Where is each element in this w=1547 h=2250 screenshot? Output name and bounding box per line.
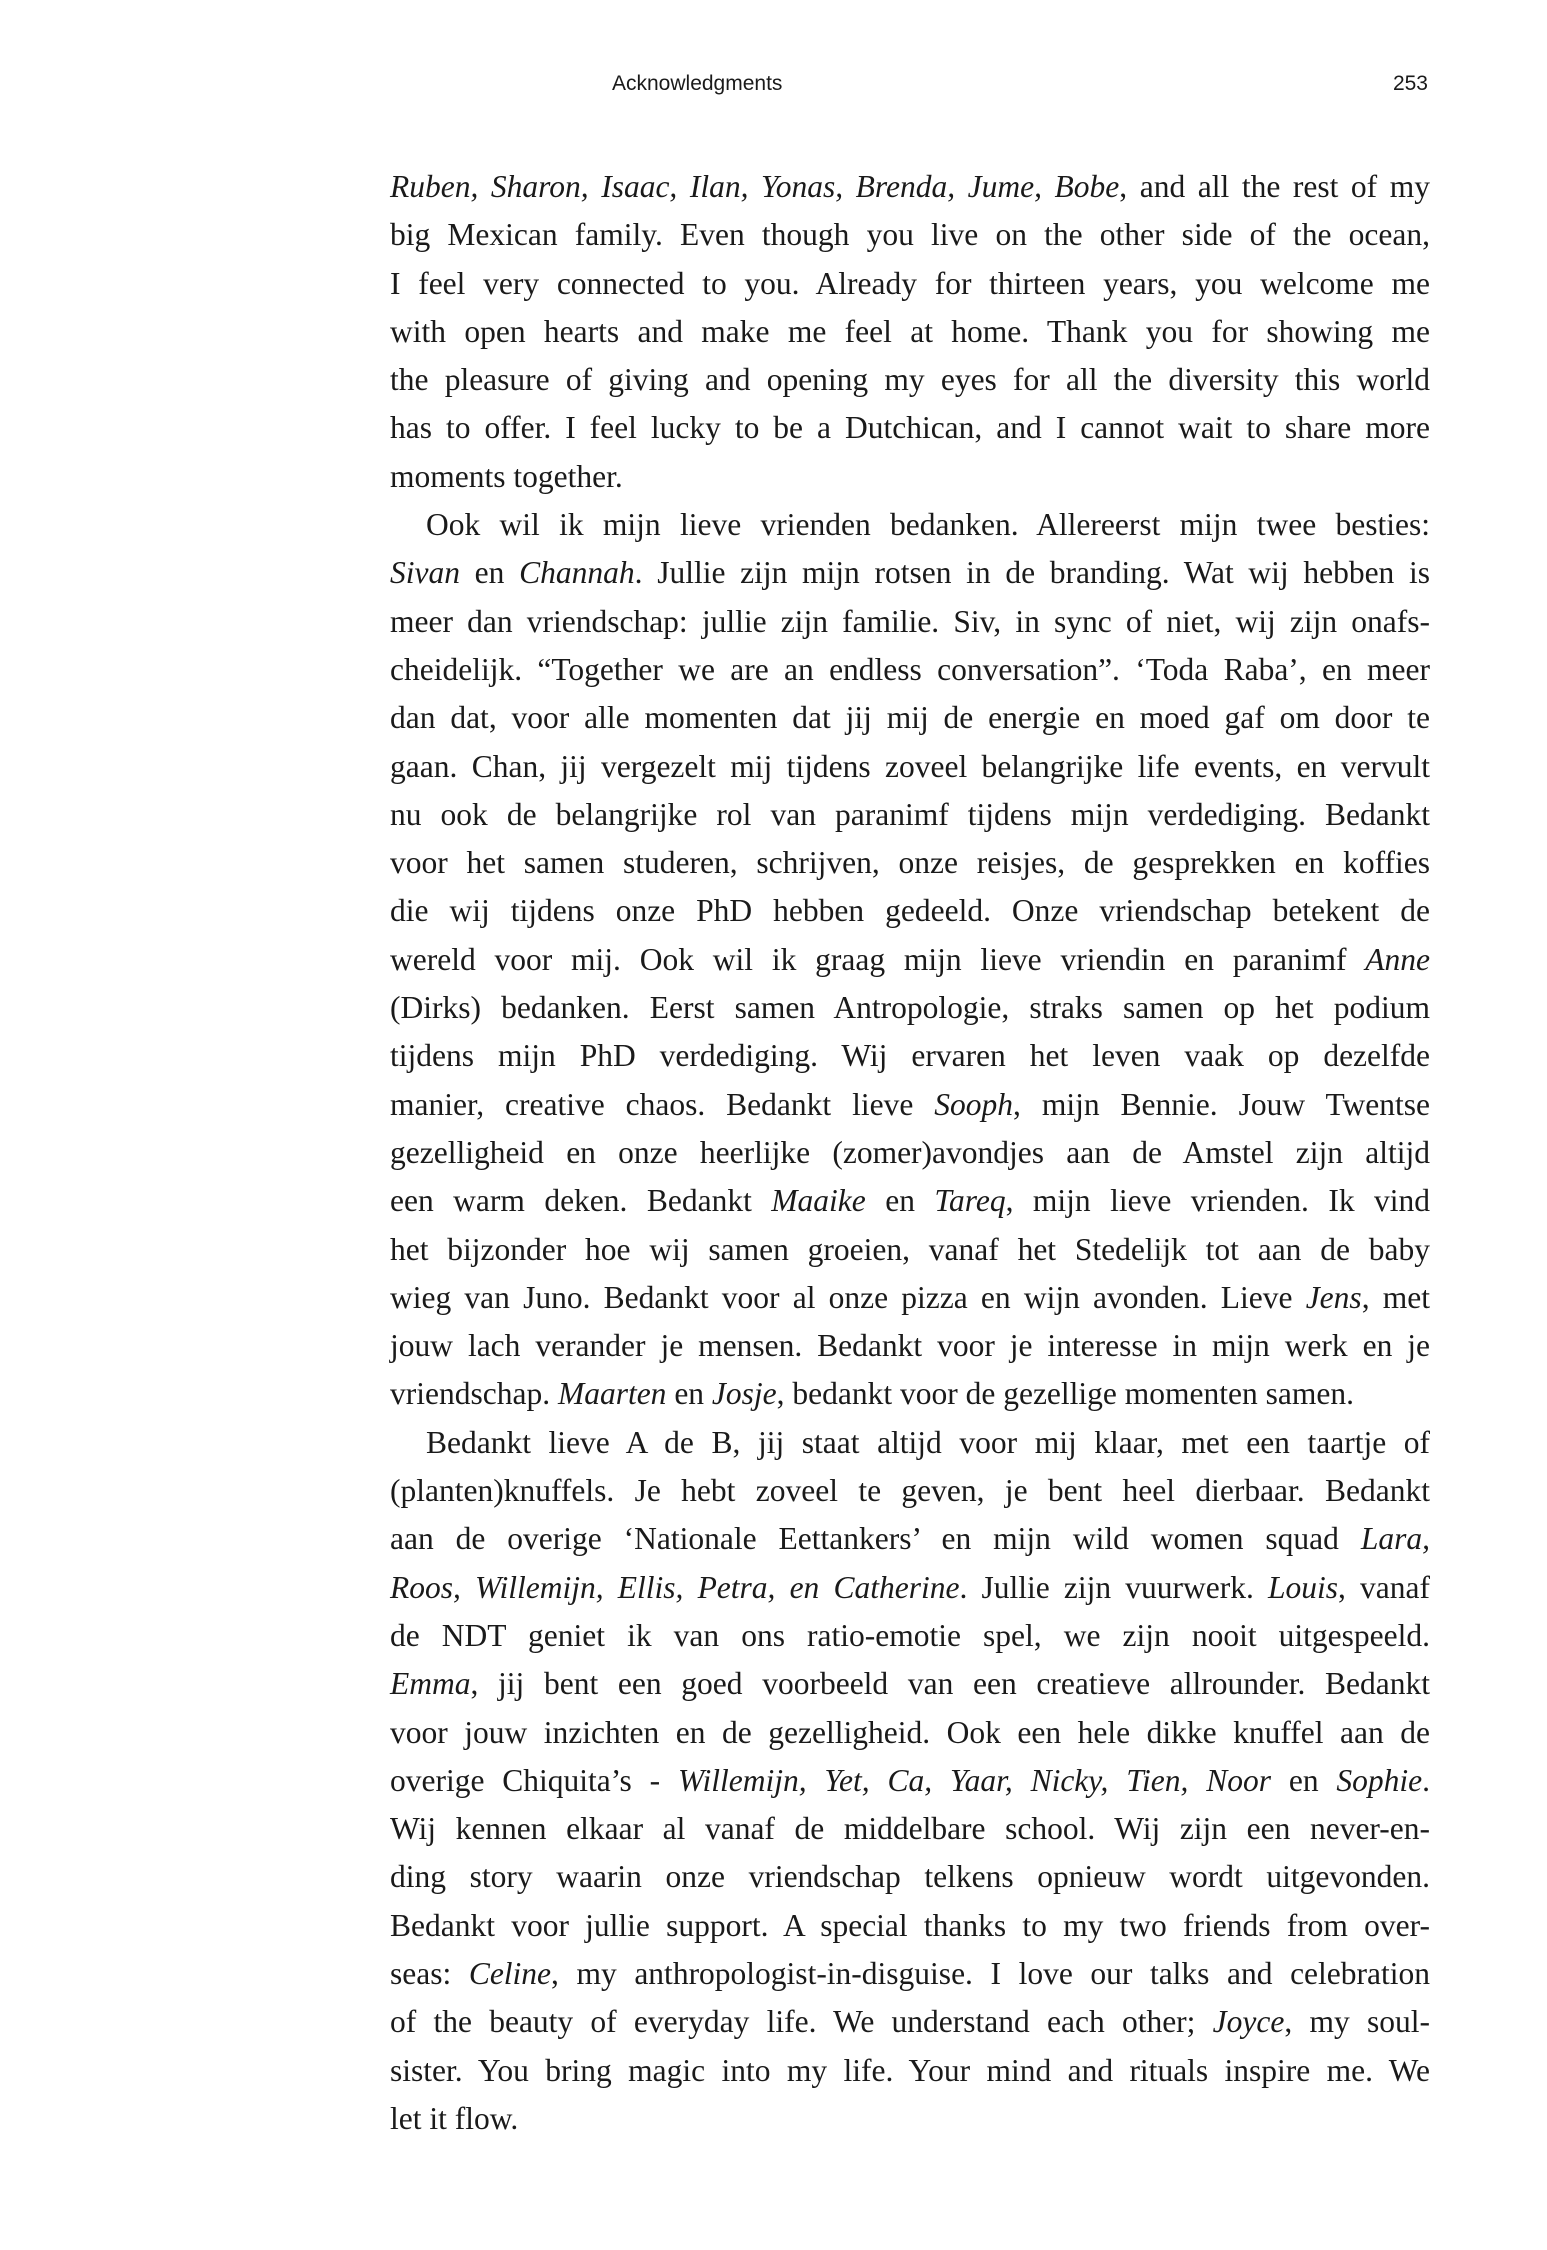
text-run: en [866, 1183, 935, 1218]
text-run: , vanaf [1338, 1570, 1430, 1605]
text-run: with open hearts and make me feel at hom… [390, 314, 1430, 349]
text-run: moments together. [390, 459, 623, 494]
text-line: wereld voor mij. Ook wil ik graag mijn l… [390, 936, 1430, 984]
text-run: , bedankt voor de gezellige momenten sam… [777, 1376, 1354, 1411]
text-line: die wij tijdens onze PhD hebben gedeeld.… [390, 887, 1430, 935]
text-run: , met [1362, 1280, 1430, 1315]
text-run: die wij tijdens onze PhD hebben gedeeld.… [390, 893, 1430, 928]
text-line: gaan. Chan, jij vergezelt mij tijdens zo… [390, 743, 1430, 791]
italic-name: Maarten [558, 1376, 666, 1411]
page-number: 253 [1393, 72, 1428, 96]
text-run: meer dan vriendschap: jullie zijn famili… [390, 604, 1430, 639]
text-run: . [1422, 1763, 1430, 1798]
text-line: aan de overige ‘Nationale Eettankers’ en… [390, 1515, 1430, 1563]
text-line: of the beauty of everyday life. We under… [390, 1998, 1430, 2046]
text-run: wereld voor mij. Ook wil ik graag mijn l… [390, 942, 1365, 977]
text-run: , my anthropologist-in-disguise. I love … [551, 1956, 1430, 1991]
text-line: meer dan vriendschap: jullie zijn famili… [390, 598, 1430, 646]
text-run: big Mexican family. Even though you live… [390, 217, 1430, 252]
text-line: Ook wil ik mijn lieve vrienden bedanken.… [390, 501, 1430, 549]
text-line: dan dat, voor alle momenten dat jij mij … [390, 694, 1430, 742]
text-run: has to offer. I feel lucky to be a Dutch… [390, 410, 1430, 445]
text-line: voor jouw inzichten en de gezelligheid. … [390, 1709, 1430, 1757]
italic-name: Anne [1365, 942, 1430, 977]
text-line: (Dirks) bedanken. Eerst samen Antropolog… [390, 984, 1430, 1032]
text-line: let it flow. [390, 2095, 1430, 2143]
text-line: Roos, Willemijn, Ellis, Petra, en Cather… [390, 1564, 1430, 1612]
text-run: Ook wil ik mijn lieve vrienden bedanken.… [426, 507, 1430, 542]
italic-name: Maaike [771, 1183, 865, 1218]
italic-name: Jens [1306, 1280, 1362, 1315]
text-line: has to offer. I feel lucky to be a Dutch… [390, 404, 1430, 452]
text-run: Bedankt voor jullie support. A special t… [390, 1908, 1430, 1943]
text-line: tijdens mijn PhD verdediging. Wij ervare… [390, 1032, 1430, 1080]
text-run: voor jouw inzichten en de gezelligheid. … [390, 1715, 1430, 1750]
text-run: de NDT geniet ik van ons ratio-emotie sp… [390, 1618, 1430, 1653]
text-line: overige Chiquita’s - Willemijn, Yet, Ca,… [390, 1757, 1430, 1805]
italic-name: Louis [1268, 1570, 1338, 1605]
text-run: seas: [390, 1956, 469, 1991]
text-run: dan dat, voor alle momenten dat jij mij … [390, 700, 1430, 735]
text-line: vriendschap. Maarten en Josje, bedankt v… [390, 1370, 1430, 1418]
text-line: nu ook de belangrijke rol van paranimf t… [390, 791, 1430, 839]
text-line: seas: Celine, my anthropologist-in-disgu… [390, 1950, 1430, 1998]
text-run: nu ook de belangrijke rol van paranimf t… [390, 797, 1430, 832]
text-run: tijdens mijn PhD verdediging. Wij ervare… [390, 1038, 1430, 1073]
italic-name: Roos, Willemijn, Ellis, Petra, en Cather… [390, 1570, 959, 1605]
italic-name: Tareq [934, 1183, 1005, 1218]
text-line: voor het samen studeren, schrijven, onze… [390, 839, 1430, 887]
italic-name: Emma [390, 1666, 471, 1701]
italic-name: Sophie [1336, 1763, 1422, 1798]
text-run: sister. You bring magic into my life. Yo… [390, 2053, 1430, 2088]
italic-name: Channah [519, 555, 635, 590]
text-run: het bijzonder hoe wij samen groeien, van… [390, 1232, 1430, 1267]
text-line: sister. You bring magic into my life. Yo… [390, 2047, 1430, 2095]
text-run: manier, creative chaos. Bedankt lieve [390, 1087, 934, 1122]
text-line: wieg van Juno. Bedankt voor al onze pizz… [390, 1274, 1430, 1322]
text-run: ding story waarin onze vriendschap telke… [390, 1859, 1430, 1894]
text-run: Bedankt lieve A de B, jij staat altijd v… [426, 1425, 1430, 1460]
text-run: , mijn lieve vrienden. Ik vind [1006, 1183, 1430, 1218]
italic-name: Lara, [1361, 1521, 1430, 1556]
italic-name: Willemijn, Yet, Ca, Yaar, Nicky, Tien, N… [678, 1763, 1271, 1798]
text-line: (planten)knuffels. Je hebt zoveel te gev… [390, 1467, 1430, 1515]
text-run: overige Chiquita’s - [390, 1763, 678, 1798]
text-run: , and all the rest of my [1119, 169, 1430, 204]
acknowledgments-body: Ruben, Sharon, Isaac, Ilan, Yonas, Brend… [390, 163, 1430, 2143]
text-line: cheidelijk. “Together we are an endless … [390, 646, 1430, 694]
italic-name: Celine [469, 1956, 551, 1991]
text-line: I feel very connected to you. Already fo… [390, 260, 1430, 308]
text-run: voor het samen studeren, schrijven, onze… [390, 845, 1430, 880]
italic-name: Sivan [390, 555, 460, 590]
text-line: het bijzonder hoe wij samen groeien, van… [390, 1226, 1430, 1274]
text-line: the pleasure of giving and opening my ey… [390, 356, 1430, 404]
text-run: let it flow. [390, 2101, 518, 2136]
italic-name: Josje [712, 1376, 777, 1411]
paragraph: Ruben, Sharon, Isaac, Ilan, Yonas, Brend… [390, 163, 1430, 501]
text-line: Wij kennen elkaar al vanaf de middelbare… [390, 1805, 1430, 1853]
italic-name: Joyce [1213, 2004, 1285, 2039]
chapter-title: Acknowledgments [612, 72, 782, 96]
text-line: Ruben, Sharon, Isaac, Ilan, Yonas, Brend… [390, 163, 1430, 211]
text-run: een warm deken. Bedankt [390, 1183, 771, 1218]
text-run: wieg van Juno. Bedankt voor al onze pizz… [390, 1280, 1306, 1315]
running-header: Acknowledgments 253 [390, 68, 1430, 104]
text-run: gezelligheid en onze heerlijke (zomer)av… [390, 1135, 1430, 1170]
text-line: manier, creative chaos. Bedankt lieve So… [390, 1081, 1430, 1129]
text-line: gezelligheid en onze heerlijke (zomer)av… [390, 1129, 1430, 1177]
text-run: , mijn Bennie. Jouw Twentse [1013, 1087, 1430, 1122]
text-line: Sivan en Channah. Jullie zijn mijn rotse… [390, 549, 1430, 597]
text-run: en [460, 555, 519, 590]
text-line: big Mexican family. Even though you live… [390, 211, 1430, 259]
text-run: gaan. Chan, jij vergezelt mij tijdens zo… [390, 749, 1430, 784]
text-line: with open hearts and make me feel at hom… [390, 308, 1430, 356]
text-run: , my soul- [1284, 2004, 1430, 2039]
text-run: , jij bent een goed voorbeeld van een cr… [471, 1666, 1431, 1701]
italic-name: Ruben, Sharon, Isaac, Ilan, Yonas, Brend… [390, 169, 1119, 204]
text-run: en [1271, 1763, 1336, 1798]
text-run: en [666, 1376, 711, 1411]
text-run: . Jullie zijn mijn rotsen in de branding… [635, 555, 1430, 590]
italic-name: Sooph [934, 1087, 1013, 1122]
text-run: (planten)knuffels. Je hebt zoveel te gev… [390, 1473, 1430, 1508]
text-run: Wij kennen elkaar al vanaf de middelbare… [390, 1811, 1430, 1846]
text-line: jouw lach verander je mensen. Bedankt vo… [390, 1322, 1430, 1370]
text-run: aan de overige ‘Nationale Eettankers’ en… [390, 1521, 1361, 1556]
text-line: een warm deken. Bedankt Maaike en Tareq,… [390, 1177, 1430, 1225]
text-run: . Jullie zijn vuurwerk. [959, 1570, 1268, 1605]
text-run: (Dirks) bedanken. Eerst samen Antropolog… [390, 990, 1430, 1025]
paragraph: Ook wil ik mijn lieve vrienden bedanken.… [390, 501, 1430, 1419]
text-line: moments together. [390, 453, 1430, 501]
text-line: Bedankt lieve A de B, jij staat altijd v… [390, 1419, 1430, 1467]
text-line: Bedankt voor jullie support. A special t… [390, 1902, 1430, 1950]
text-run: cheidelijk. “Together we are an endless … [390, 652, 1430, 687]
text-run: I feel very connected to you. Already fo… [390, 266, 1430, 301]
text-run: of the beauty of everyday life. We under… [390, 2004, 1213, 2039]
text-run: jouw lach verander je mensen. Bedankt vo… [390, 1328, 1430, 1363]
text-line: de NDT geniet ik van ons ratio-emotie sp… [390, 1612, 1430, 1660]
text-line: ding story waarin onze vriendschap telke… [390, 1853, 1430, 1901]
text-run: vriendschap. [390, 1376, 558, 1411]
paragraph: Bedankt lieve A de B, jij staat altijd v… [390, 1419, 1430, 2143]
text-line: Emma, jij bent een goed voorbeeld van ee… [390, 1660, 1430, 1708]
text-run: the pleasure of giving and opening my ey… [390, 362, 1430, 397]
